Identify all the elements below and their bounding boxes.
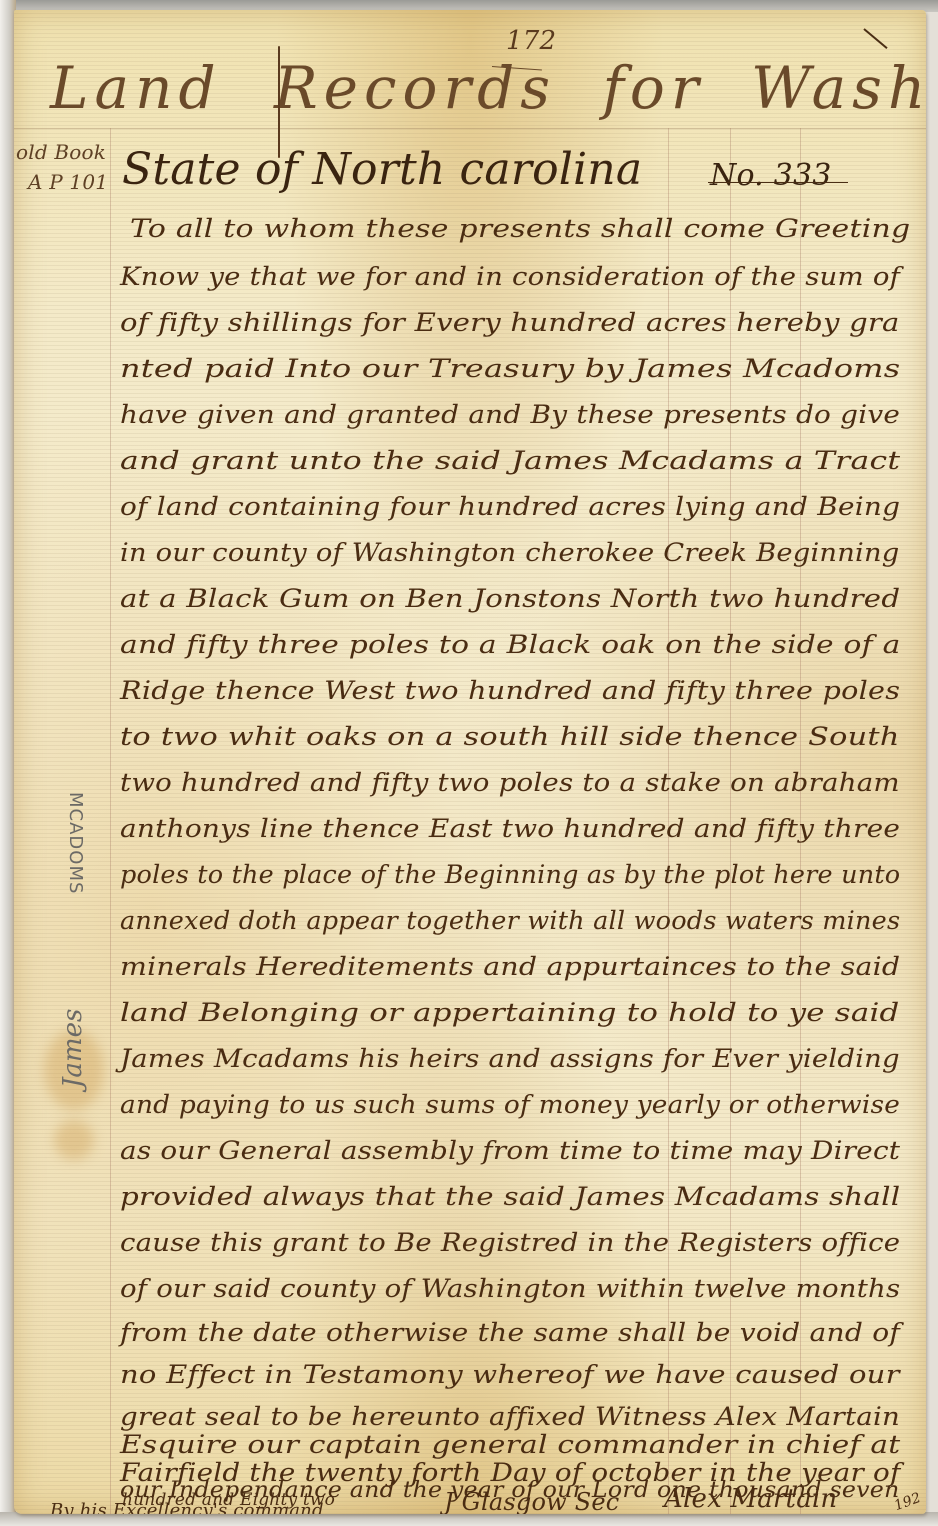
header-rule [14,128,926,129]
ledger-page: 172 Land Records for Washington old Book… [14,10,926,1514]
header-word-records: Records [274,54,556,122]
state-heading: State of North carolina [122,144,642,195]
water-stain [54,1120,94,1160]
margin-note-book-ref: A P 101 [28,170,108,194]
body-line: two hundred and fifty two poles to a sta… [120,768,900,797]
body-line: at a Black Gum on Ben Jonstons North two… [120,584,900,613]
body-line: great seal to be hereunto affixed Witnes… [120,1402,900,1431]
header-word-for: for [602,54,704,122]
body-line: and fifty three poles to a Black oak on … [120,630,901,659]
scan-backing-bottom [0,1512,938,1526]
body-line: to two whit oaks on a south hill side th… [120,722,900,751]
body-line: Ridge thence West two hundred and fifty … [120,676,900,705]
pencil-given-name-annotation: James [58,1009,88,1088]
pencil-surname-annotation: MCADOMS [65,792,86,894]
body-line: of our said county of Washington within … [120,1274,900,1303]
body-line: anthonys line thence East two hundred an… [120,814,900,843]
header-word-land: Land [50,54,222,122]
body-line: James Mcadams his heirs and assigns for … [120,1044,900,1073]
body-line: and paying to us such sums of money year… [120,1090,900,1119]
body-line: annexed doth appear together with all wo… [120,906,900,935]
body-line: as our General assembly from time to tim… [120,1136,900,1165]
body-line: provided always that the said James Mcad… [120,1182,900,1211]
header-title: Land Records for Washington [50,54,926,122]
body-line: from the date otherwise the same shall b… [120,1318,900,1347]
body-line: no Effect in Testamony whereof we have c… [120,1360,900,1389]
body-line: have given and granted and By these pres… [120,400,900,429]
title-bracket [278,46,280,158]
page-number-top: 172 [506,26,556,56]
body-line: of fifty shillings for Every hundred acr… [120,308,900,337]
body-line: minerals Hereditements and appurtainces … [120,952,900,981]
corner-ink-mark [863,28,887,49]
left-margin-rule [110,128,111,1514]
header-word-washington: Washington [751,54,926,122]
body-line: of land containing four hundred acres ly… [120,492,900,521]
body-line: cause this grant to Be Registred in the … [120,1228,900,1257]
command-line: By his Excellency's command [50,1500,324,1514]
governor-signature: Alex Martain [664,1484,837,1514]
body-line: and grant unto the said James Mcadams a … [120,446,900,475]
body-line: in our county of Washington cherokee Cre… [120,538,900,567]
scanned-sheet: 172 Land Records for Washington old Book… [0,0,938,1526]
grant-number-overline [708,182,848,183]
body-line: Esquire our captain general commander in… [120,1430,900,1459]
body-line: Know ye that we for and in consideration… [120,262,900,291]
body-line: poles to the place of the Beginning as b… [120,860,900,889]
body-line: land Belonging or appertaining to hold t… [120,998,900,1027]
secretary-signature: J Glasgow Sec [444,1488,619,1514]
body-line: To all to whom these presents shall come… [130,214,910,243]
margin-note-old-book: old Book [16,140,106,164]
grant-number: No. 333 [710,158,832,193]
body-line: nted paid Into our Treasury by James Mca… [120,354,900,383]
